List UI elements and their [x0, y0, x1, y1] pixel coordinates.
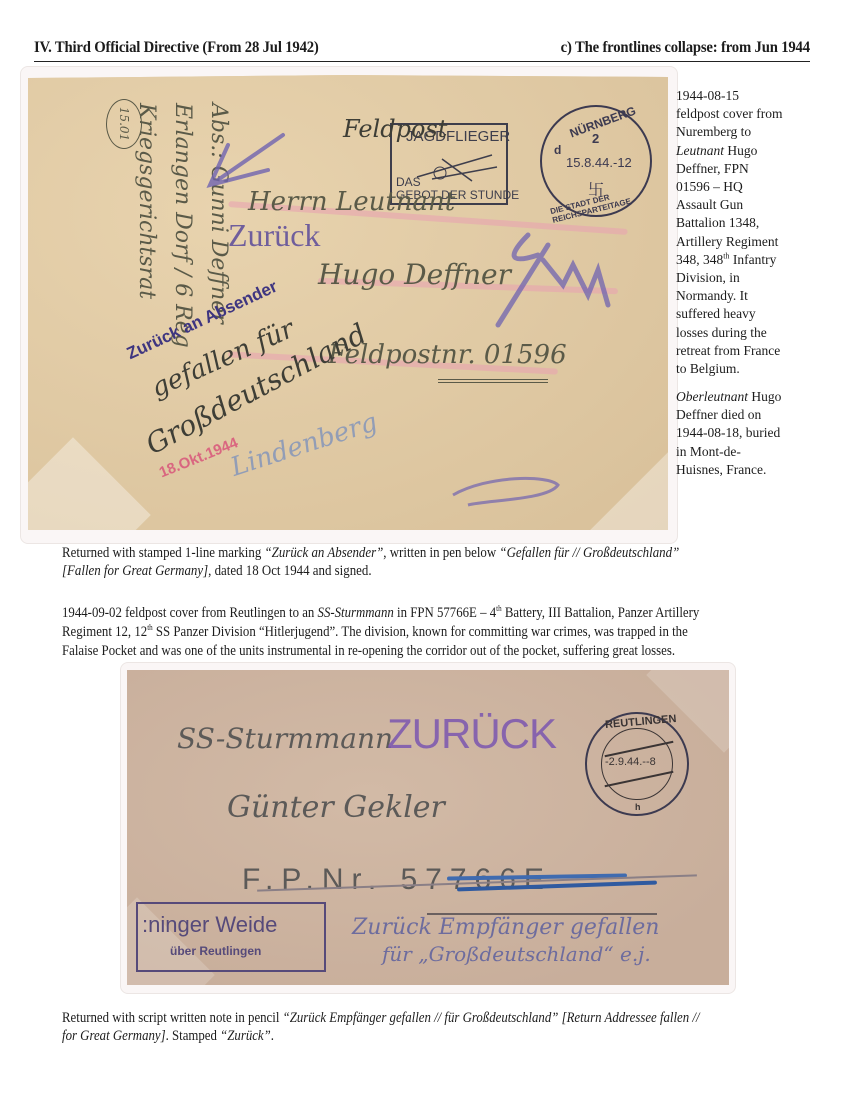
- address-line-2: Hugo Deffner: [318, 258, 511, 291]
- photo-corner: [28, 437, 151, 530]
- cover-1-death-note: Oberleutnant Hugo Deffner died on 1944-0…: [676, 388, 836, 479]
- blue-signature: Lindenberg: [227, 407, 381, 483]
- cover-1-description: 1944-08-15 feldpost cover from Nuremberg…: [676, 87, 836, 378]
- name-handwriting: Günter Gekler: [227, 790, 445, 825]
- feldpost-handwriting: Feldpost: [343, 115, 447, 143]
- zurueck-stamp: ZURÜCK: [387, 710, 556, 758]
- pencil-note-line-2: für „Großdeutschland“ e.j.: [382, 942, 651, 966]
- cover-1-envelope: Abs.: Gunni Deffner Erlangen Dorf / 6 Re…: [28, 75, 668, 530]
- cover-2-envelope: SS-Sturmmann ZURÜCK REUTLINGEN -2.9.44.-…: [127, 670, 729, 985]
- rank-handwriting: SS-Sturmmann: [177, 722, 393, 755]
- fpn-double-underline: [438, 379, 548, 383]
- airplane-icon: [412, 147, 502, 187]
- postmark-reutlingen: REUTLINGEN -2.9.44.--8 h: [585, 712, 689, 816]
- cover-2-intro: 1944-09-02 feldpost cover from Reutlinge…: [62, 604, 823, 661]
- zurueck-stamp: Zurück: [228, 217, 320, 254]
- cover-1-caption: Returned with stamped 1-line marking “Zu…: [62, 544, 792, 580]
- circled-number: 15.01: [106, 99, 142, 149]
- cover-2-caption: Returned with script written note in pen…: [62, 1009, 823, 1045]
- address-line-1: Herrn Leutnant: [248, 187, 455, 217]
- violet-scribble-bottom: [448, 470, 568, 510]
- section-title: IV. Third Official Directive (From 28 Ju…: [34, 39, 319, 57]
- sender-box-stamp: :ninger Weide über Reutlingen: [136, 902, 326, 972]
- photo-corner: [590, 452, 668, 530]
- postmark-nuernberg: NÜRNBERG 2 d 15.8.44.-12 卐 DIE STADT DER…: [540, 105, 652, 217]
- pencil-note-line-1: Zurück Empfänger gefallen: [352, 915, 659, 940]
- subsection-title: c) The frontlines collapse: from Jun 194…: [561, 39, 810, 57]
- page-header: IV. Third Official Directive (From 28 Ju…: [34, 38, 810, 62]
- signature-scribble-violet: [488, 225, 628, 335]
